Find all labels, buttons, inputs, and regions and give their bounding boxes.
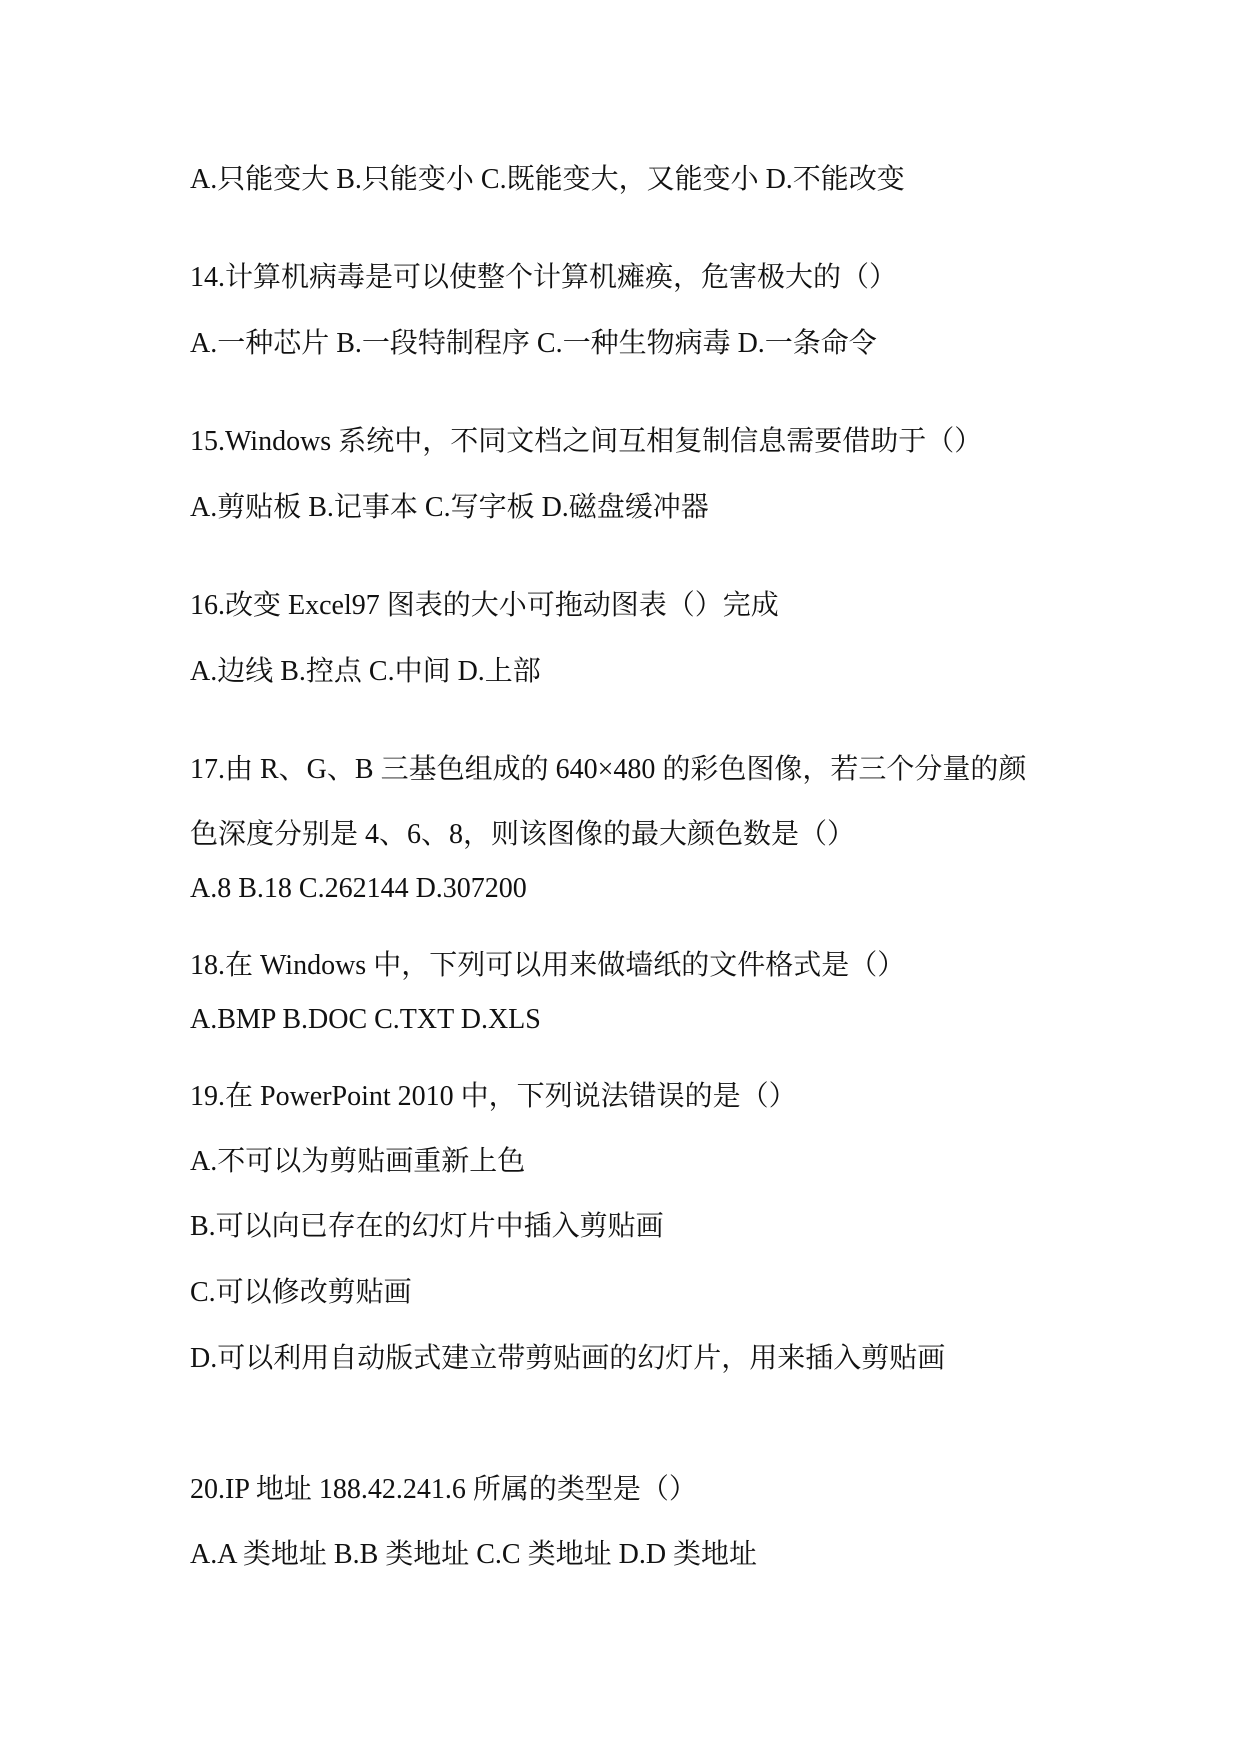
- q18-options: A.BMP B.DOC C.TXT D.XLS: [190, 1003, 541, 1037]
- q14-question: 14.计算机病毒是可以使整个计算机瘫痪，危害极大的（）: [190, 261, 897, 295]
- q17-options: A.8 B.18 C.262144 D.307200: [190, 872, 527, 906]
- q13-options: A.只能变大 B.只能变小 C.既能变大，又能变小 D.不能改变: [190, 163, 905, 197]
- q20-options: A.A 类地址 B.B 类地址 C.C 类地址 D.D 类地址: [190, 1538, 757, 1572]
- q19-option-c: C.可以修改剪贴画: [190, 1276, 412, 1310]
- q19-option-d: D.可以利用自动版式建立带剪贴画的幻灯片，用来插入剪贴画: [190, 1342, 945, 1376]
- q19-option-a: A.不可以为剪贴画重新上色: [190, 1145, 525, 1179]
- q18-question: 18.在 Windows 中，下列可以用来做墙纸的文件格式是（）: [190, 949, 905, 983]
- q16-question: 16.改变 Excel97 图表的大小可拖动图表（）完成: [190, 589, 779, 623]
- q19-option-b: B.可以向已存在的幻灯片中插入剪贴画: [190, 1210, 664, 1244]
- q16-options: A.边线 B.控点 C.中间 D.上部: [190, 655, 541, 689]
- q15-question: 15.Windows 系统中，不同文档之间互相复制信息需要借助于（）: [190, 425, 982, 459]
- q15-options: A.剪贴板 B.记事本 C.写字板 D.磁盘缓冲器: [190, 491, 709, 525]
- q20-question: 20.IP 地址 188.42.241.6 所属的类型是（）: [190, 1473, 697, 1507]
- q19-question: 19.在 PowerPoint 2010 中，下列说法错误的是（）: [190, 1080, 797, 1114]
- q17-question-line1: 17.由 R、G、B 三基色组成的 640×480 的彩色图像，若三个分量的颜: [190, 753, 1026, 787]
- q17-question-line2: 色深度分别是 4、6、8，则该图像的最大颜色数是（）: [190, 818, 855, 852]
- q14-options: A.一种芯片 B.一段特制程序 C.一种生物病毒 D.一条命令: [190, 327, 877, 361]
